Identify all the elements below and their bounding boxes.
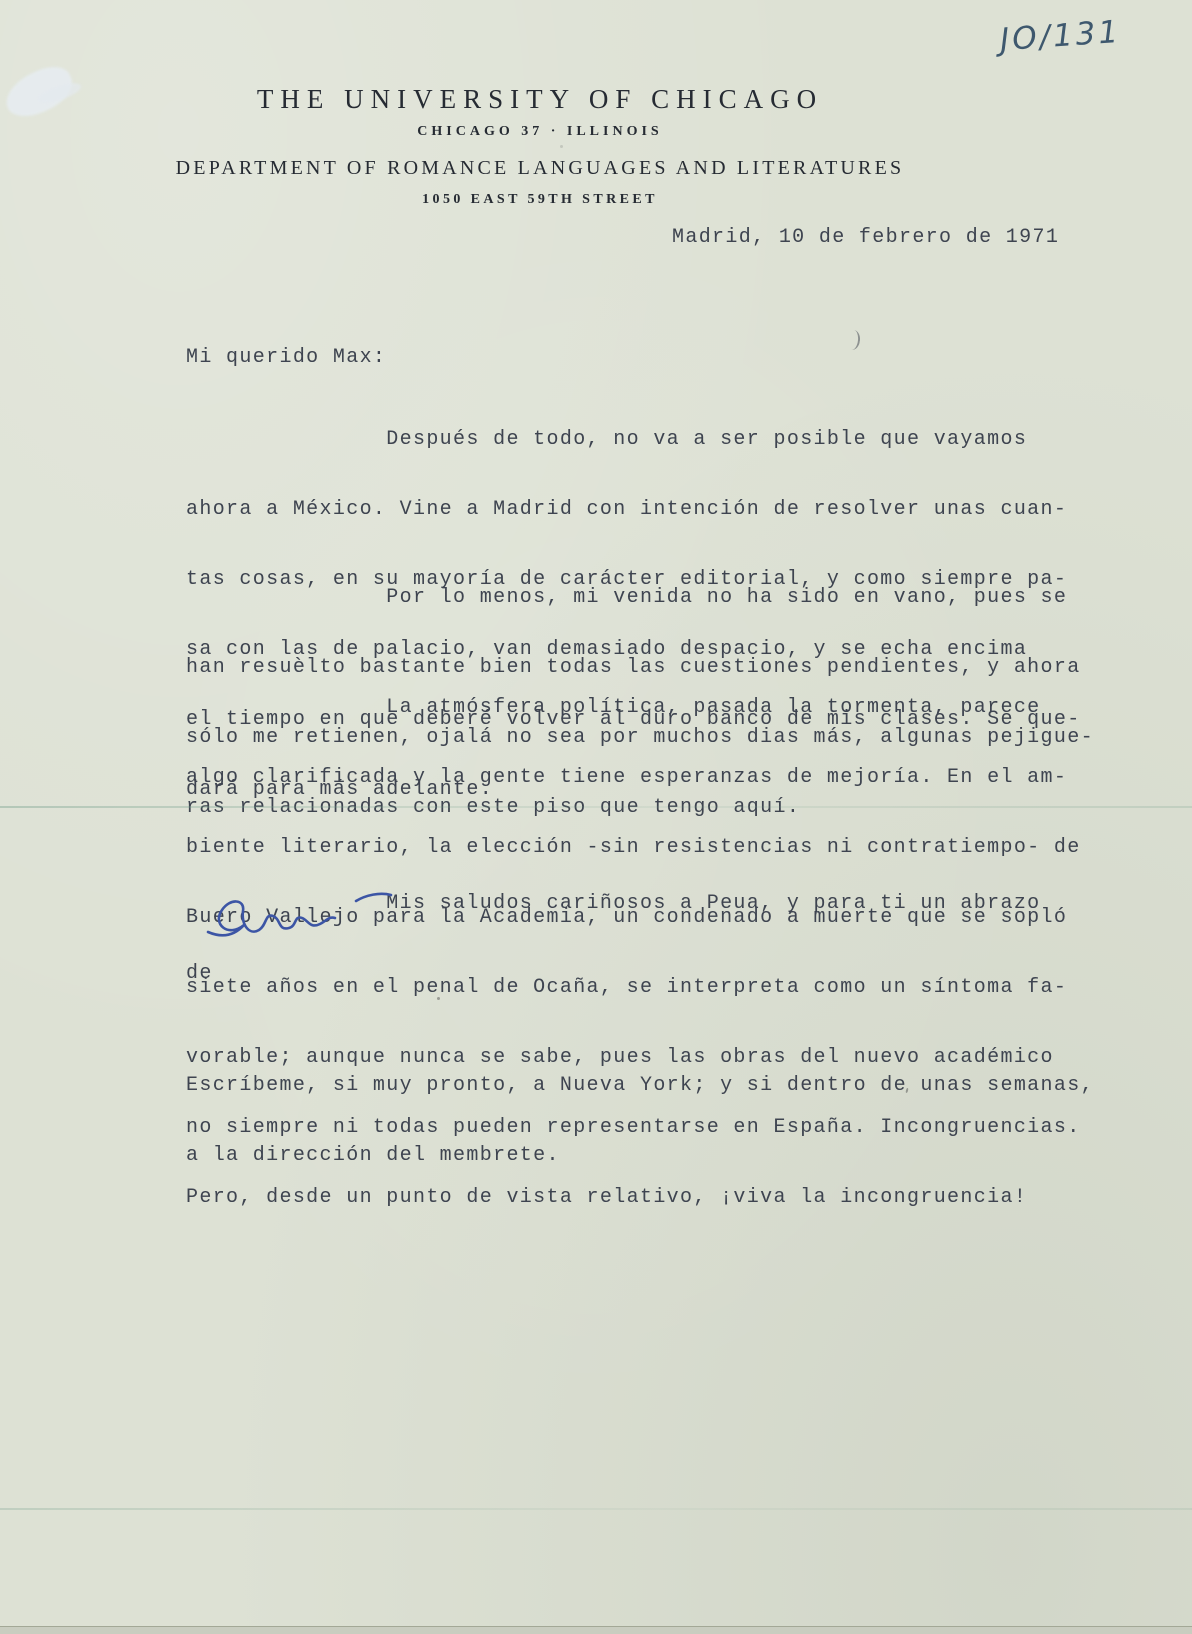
university-name: THE UNIVERSITY OF CHICAGO bbox=[0, 84, 1080, 115]
text-line: Por lo menos, mi venida no ha sido en va… bbox=[186, 586, 1094, 610]
text-line: de bbox=[186, 962, 1041, 986]
text-line: ahora a México. Vine a Madrid con intenc… bbox=[186, 498, 1081, 522]
dateline: Madrid, 10 de febrero de 1971 bbox=[672, 226, 1059, 250]
fold-crease bbox=[0, 1508, 1192, 1510]
postscript: Escríbeme, si muy pronto, a Nueva York; … bbox=[186, 1028, 1094, 1214]
fold-crease bbox=[0, 806, 1192, 808]
scan-edge bbox=[0, 1626, 1192, 1634]
university-city-line: CHICAGO 37 · ILLINOIS bbox=[0, 124, 1080, 140]
text-line: La atmósfera política, pasada la torment… bbox=[186, 696, 1081, 720]
salutation: Mi querido Max: bbox=[186, 346, 386, 370]
letterhead: THE UNIVERSITY OF CHICAGO CHICAGO 37 · I… bbox=[0, 84, 1080, 208]
paper-speck bbox=[437, 997, 440, 1000]
stray-pen-mark bbox=[847, 329, 861, 350]
text-line: algo clarificada y la gente tiene espera… bbox=[186, 766, 1081, 790]
archival-number-annotation: JO/131 bbox=[999, 14, 1122, 58]
street-address: 1050 EAST 59TH STREET bbox=[0, 192, 1080, 208]
paper-speck bbox=[560, 145, 563, 148]
signature-scrawl-ayala bbox=[198, 880, 428, 955]
text-line: a la dirección del membrete. bbox=[186, 1144, 1094, 1168]
text-line: Después de todo, no va a ser posible que… bbox=[186, 428, 1081, 452]
department-name: DEPARTMENT OF ROMANCE LANGUAGES AND LITE… bbox=[0, 157, 1080, 180]
letter-scan: JO/131 THE UNIVERSITY OF CHICAGO CHICAGO… bbox=[0, 0, 1192, 1634]
text-line: Escríbeme, si muy pronto, a Nueva York; … bbox=[186, 1074, 1094, 1098]
